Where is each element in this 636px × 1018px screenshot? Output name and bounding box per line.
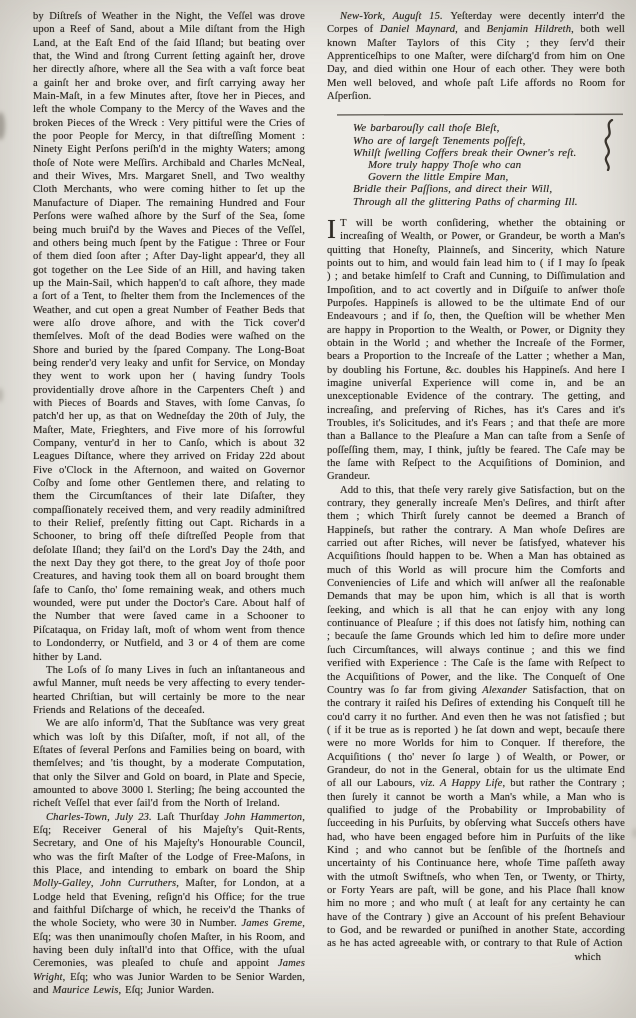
paper-stain	[0, 388, 3, 402]
text-segment: , both well known Maſter Taylors of this…	[327, 24, 625, 102]
paragraph: IT will be worth conſidering, whether th…	[327, 217, 625, 484]
catchword: which	[327, 951, 625, 964]
text-segment: by Diſtreſs of Weather in the Night, the…	[33, 11, 305, 663]
right-column: New-York, Auguſt 15. Yeſterday were dece…	[327, 10, 625, 964]
paragraph: New-York, Auguſt 15. Yeſterday were dece…	[327, 10, 625, 103]
italic-text-segment: Molly-Galley	[33, 878, 91, 889]
curly-brace-icon	[601, 119, 615, 171]
italic-text-segment: New-York, Auguſt 15.	[340, 11, 450, 22]
text-segment: We are alſo inform'd, That the Subſtance…	[33, 718, 305, 809]
italic-text-segment: Charles-Town, July 23.	[46, 812, 157, 823]
poem-line: Govern the little Empire Man,	[353, 171, 625, 183]
text-segment: Add to this, that theſe very rarely give…	[327, 485, 625, 696]
text-segment: The Loſs of ſo many Lives in ſuch an inſ…	[33, 665, 305, 716]
italic-text-segment: John Hammerton	[224, 812, 302, 823]
italic-text-segment: Daniel Maynard	[380, 24, 455, 35]
poem-line: Who are of largeſt Tenements poſſeſt,	[353, 135, 625, 147]
italic-text-segment: James Greme	[241, 918, 302, 929]
italic-text-segment: Benjamin Hildreth	[487, 24, 572, 35]
poem-line: Whilſt ſwelling Coffers break their Owne…	[353, 147, 625, 159]
text-segment: T will be worth conſidering, whether the…	[327, 218, 625, 483]
paragraph: We are alſo inform'd, That the Subſtance…	[33, 717, 305, 810]
text-segment: , and	[455, 24, 486, 35]
text-segment: Satisfaction, that on the contrary it ra…	[327, 685, 625, 789]
poem-line: We barbarouſly call thoſe Bleſt,	[353, 122, 625, 134]
poem-block: We barbarouſly call thoſe Bleſt,Who are …	[353, 122, 625, 207]
italic-text-segment: viz. A Happy Life	[420, 778, 502, 789]
essay-section: IT will be worth conſidering, whether th…	[327, 217, 625, 951]
italic-text-segment: Alexander	[482, 685, 527, 696]
left-column: by Diſtreſs of Weather in the Night, the…	[33, 10, 305, 997]
section-divider	[337, 114, 623, 116]
text-segment: , Eſq; Junior Warden.	[118, 985, 214, 996]
text-segment: , but rather the Contrary ; then ſurely …	[327, 778, 625, 949]
news-section: New-York, Auguſt 15. Yeſterday were dece…	[327, 10, 625, 103]
italic-text-segment: John Curruthers	[100, 878, 176, 889]
poem-line: Through all the glittering Paths of char…	[353, 196, 625, 208]
poem-line: More truly happy Thoſe who can	[353, 159, 625, 171]
paper-stain	[0, 112, 5, 140]
drop-cap: I	[327, 217, 340, 240]
text-segment: Laſt Thurſday	[157, 812, 224, 823]
paragraph: Charles-Town, July 23. Laſt Thurſday Joh…	[33, 811, 305, 998]
italic-text-segment: Maurice Lewis	[53, 985, 119, 996]
paragraph: Add to this, that theſe very rarely give…	[327, 484, 625, 951]
paragraph: The Loſs of ſo many Lives in ſuch an inſ…	[33, 664, 305, 717]
newspaper-page: by Diſtreſs of Weather in the Night, the…	[0, 0, 636, 1018]
paragraph: by Diſtreſs of Weather in the Night, the…	[33, 10, 305, 664]
poem-lines: We barbarouſly call thoſe Bleſt,Who are …	[353, 122, 625, 207]
paper-stain	[632, 828, 636, 838]
poem-line: Bridle their Paſſions, and direct their …	[353, 183, 625, 195]
text-segment: ,	[91, 878, 100, 889]
